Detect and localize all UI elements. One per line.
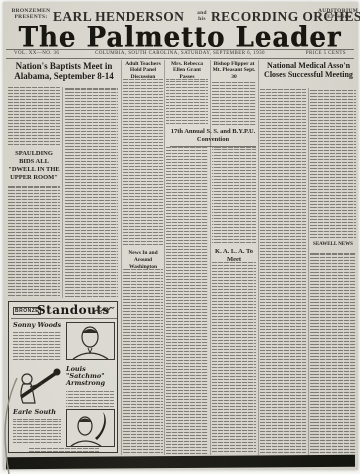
column-rule — [210, 60, 211, 455]
article-text-block — [8, 186, 60, 298]
standouts-feature-box: BRONZE Standouts Sonny Woods Louis "Satc… — [8, 301, 118, 453]
article-text-block — [212, 81, 256, 126]
article-text-block — [166, 147, 208, 454]
artist-signature-icon — [93, 304, 115, 317]
column-rule — [164, 60, 165, 455]
headline-baptists: Nation's Baptists Meet in Alabama, Septe… — [8, 61, 120, 82]
article-text-block — [260, 89, 306, 454]
standouts-header-rule — [11, 318, 117, 319]
scan-artifact-line — [0, 378, 20, 474]
standouts-copyright-line — [29, 448, 99, 452]
subhead-spaulding: SPAULDING BIDS ALL "DWELL IN THE UPPER R… — [8, 150, 60, 183]
headline-medical: National Medical Asso'n Closes Successfu… — [259, 61, 358, 80]
column-rule — [121, 60, 122, 455]
article-text-block — [310, 89, 356, 239]
headline-grant: Mrs. Rebecca Ellen Grant Passes — [166, 61, 208, 80]
headline-flipper: Bishop Flipper at Mt. Pleasant Sept. 30 — [212, 61, 256, 80]
subhead-congress: 17th Annual S. S. and B.Y.P.U. Conventio… — [170, 128, 256, 147]
trombonist-sketch — [13, 365, 63, 405]
article-text-block — [166, 79, 208, 126]
banner-presenter-line2: PRESENTS: — [10, 14, 52, 20]
banner-connector: and his — [194, 10, 210, 23]
column-rule — [258, 60, 259, 455]
article-text-block — [123, 79, 163, 247]
bottom-ad-strip — [6, 455, 355, 469]
article-text-block — [8, 87, 60, 146]
article-text-block — [212, 262, 256, 454]
standouts-feature-cell: Earle South — [13, 409, 63, 445]
article-text-block — [310, 252, 356, 454]
banner-date: SEPT. 6th — [318, 14, 356, 20]
feature-caption-text — [13, 419, 61, 445]
article-text-block — [123, 268, 163, 454]
column-rule — [308, 88, 309, 455]
subhead-seawell: SEAWELL NEWS — [310, 242, 356, 248]
portrait-sketch-plume — [66, 409, 115, 447]
column-rule — [62, 87, 63, 298]
feature-name-sonny-woods: Sonny Woods — [13, 322, 63, 329]
dateline-price: PRICE 5 CENTS — [306, 51, 346, 56]
banner-venue-date: AUDITORIUM SEPT. 6th — [318, 8, 356, 21]
banner-presenter: BRONZEMEN PRESENTS: — [10, 8, 52, 21]
dateline-rule-bottom — [6, 58, 354, 59]
standouts-feature-cell: Sonny Woods — [13, 322, 63, 360]
article-text-block — [65, 87, 118, 298]
headline-teachers: Adult Teachers Hold Panel Discussion — [123, 61, 163, 80]
feature-name-earle-south: Earle South — [13, 409, 63, 416]
dateline-rule-top — [6, 49, 354, 50]
feature-name-armstrong: Louis "Satchmo" Armstrong — [66, 366, 116, 387]
article-text-block — [212, 147, 256, 245]
feature-caption-text — [13, 332, 61, 360]
portrait-sketch-man — [66, 322, 115, 360]
standouts-feature-cell: Louis "Satchmo" Armstrong — [66, 366, 116, 414]
